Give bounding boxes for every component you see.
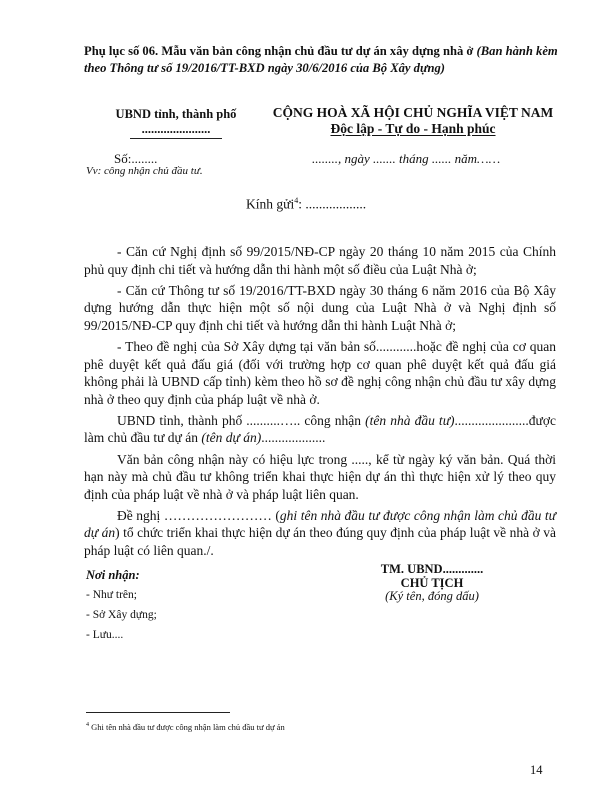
text: ...................: [261, 430, 325, 445]
page-number: 14: [530, 763, 543, 778]
issuing-authority-block: UBND tỉnh, thành phố ...................…: [86, 107, 266, 139]
recipient-line: Kính gửi4: ..................: [246, 196, 366, 213]
date-line: ........, ngày ....... tháng ...... năm……: [312, 151, 500, 167]
national-motto: Độc lập - Tự do - Hạnh phúc: [268, 121, 558, 137]
signature-note: (Ký tên, đóng dấu): [362, 590, 502, 604]
footnote-separator: [86, 712, 230, 713]
recipient-item: - Sở Xây dựng;: [86, 605, 157, 625]
signatory-org: TM. UBND.............: [362, 563, 502, 577]
signature-block: TM. UBND............. CHỦ TỊCH (Ký tên, …: [362, 563, 502, 604]
appendix-title-bold: Phụ lục số 06. Mẫu văn bản công nhận chủ…: [84, 44, 477, 58]
paragraph-request: Đề nghị …………………… (ghi tên nhà đầu tư đượ…: [84, 507, 556, 560]
nation-name: CỘNG HOÀ XÃ HỘI CHỦ NGHĨA VIỆT NAM: [268, 105, 558, 121]
paragraph-legal-basis-1: - Căn cứ Nghị định số 99/2015/NĐ-CP ngày…: [84, 243, 556, 278]
paragraph-recognition: UBND tỉnh, thành phố ..........….. công …: [84, 412, 556, 447]
appendix-title: Phụ lục số 06. Mẫu văn bản công nhận chủ…: [84, 43, 564, 77]
text: Đề nghị …………………… (: [117, 508, 280, 523]
paragraph-proposal: - Theo đề nghị của Sở Xây dựng tại văn b…: [84, 338, 556, 408]
paragraph-legal-basis-2: - Căn cứ Thông tư số 19/2016/TT-BXD ngày…: [84, 282, 556, 335]
national-header: CỘNG HOÀ XÃ HỘI CHỦ NGHĨA VIỆT NAM Độc l…: [268, 105, 558, 137]
signatory-title: CHỦ TỊCH: [362, 577, 502, 591]
recipient-blank: : ..................: [298, 197, 366, 212]
project-placeholder: (tên dự án): [201, 430, 261, 445]
recipient-label: Kính gửi: [246, 197, 294, 212]
recipient-item: - Lưu....: [86, 625, 157, 645]
issuing-authority-blank: ......................: [86, 122, 266, 137]
recipients-title: Nơi nhận:: [86, 565, 157, 585]
document-body: - Căn cứ Nghị định số 99/2015/NĐ-CP ngày…: [84, 243, 556, 563]
paragraph-validity: Văn bản công nhận này có hiệu lực trong …: [84, 451, 556, 504]
authority-underline: [130, 138, 222, 139]
recipients-list: Nơi nhận: - Như trên; - Sở Xây dựng; - L…: [86, 565, 157, 645]
footnote-text: Ghi tên nhà đầu tư được công nhận làm ch…: [89, 722, 285, 732]
document-subject: Vv: công nhận chủ đầu tư.: [86, 165, 203, 177]
text: ) tổ chức triển khai thực hiện dự án the…: [84, 525, 556, 558]
text: UBND tỉnh, thành phố ..........….. công …: [117, 413, 365, 428]
recipient-item: - Như trên;: [86, 585, 157, 605]
investor-placeholder: (tên nhà đầu tư): [365, 413, 454, 428]
issuing-authority: UBND tỉnh, thành phố: [86, 107, 266, 122]
footnote: 4 Ghi tên nhà đầu tư được công nhận làm …: [86, 722, 285, 732]
